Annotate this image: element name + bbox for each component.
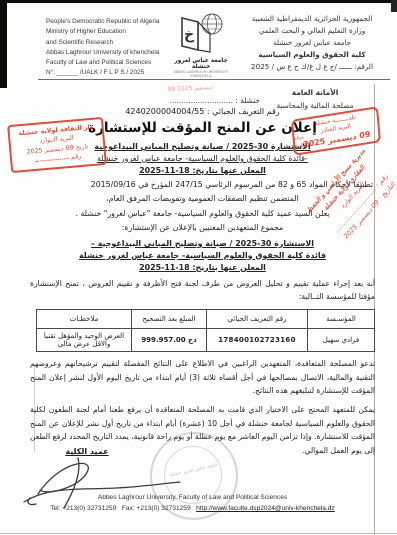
stamp-left-num-label: رقم [71, 153, 82, 161]
header-ar-line: الجمهورية الجزائرية الديمقراطية الشعبية [236, 13, 388, 25]
award-table: المؤسـسة رقم التعريف الجبائي المبلغ بعد … [36, 309, 375, 352]
scan-edge-left [0, 0, 7, 88]
logo-university-name-latin: ABBES LAGHROUR UNIVERSITY KHENCHELA [166, 70, 236, 78]
header-english: People's Democratic Republic of Algeria … [46, 17, 174, 79]
scan-edge-top [0, 0, 397, 3]
logo-university-name-arabic: جامعة عباس لغرور خنشلة [166, 58, 236, 70]
col-amount: المبلغ بعد التصحيح [132, 310, 207, 329]
incoming-mail-stamp-culture-house: دار الثقافة لولاية خنشلة البريد الــوارد… [7, 117, 107, 173]
cell-company: فرادي سهيل [308, 329, 375, 352]
cell-amount: 999.957.00 دج [132, 329, 207, 352]
header-en-line: Faculty of Law and Political Sciences [46, 58, 174, 68]
header-en-line: People's Democratic Republic of Algeria [46, 17, 174, 27]
header-divider [38, 79, 390, 80]
svg-text:خ: خ [184, 27, 195, 43]
col-notes: ملاحظـات [37, 310, 132, 329]
col-tax-id: رقم التعريف الجبائي [207, 310, 308, 329]
header-en-line: Abbas Laghrour University of khenchela [46, 48, 174, 58]
faint-received-date: 09 ديسمبر 2025 [150, 83, 230, 94]
announcement-date-subtitle: المعلن عنها بتاريخ: 18-11-2025 [30, 166, 375, 175]
stamp-right-date-label: التاريخ [294, 142, 307, 152]
award-intro-paragraph: أنه بعد إجراء عملية تقييم و تحليل العروض… [30, 277, 375, 304]
footer-university-line: Abbes Laghrour University, Faculty of La… [0, 492, 385, 503]
stamp-left-date-label: تاريخ [75, 143, 88, 151]
secretariat-title: الأمانة العامة [252, 87, 378, 100]
header-en-reference-number: N°: ______ /UALK / F L P S / 2025 [46, 68, 174, 78]
header-logo: خ جامعة عباس لغرور خنشلة ABBES LAGHROUR … [166, 12, 236, 78]
col-company: المؤسـسة [308, 310, 375, 329]
footer-contact-line: Tel: +213(0) 32731259 Fax: +213(0) 32731… [0, 503, 385, 514]
scanned-announcement-page: People's Democratic Republic of Algeria … [0, 0, 397, 535]
footer-fax: Fax: +213(0) 32731259 [122, 505, 191, 512]
table-row: فرادي سهيل 178400102723160 999.957.00 دج… [37, 329, 375, 352]
header-ar-reference-number: الرقم: ــــــ /ج ع ل غ/ك ح ع س / 2025 [236, 61, 388, 73]
place-date-line: خنشلة : ........................... [140, 96, 260, 105]
scan-edge-bottom [0, 533, 397, 534]
cell-notes: العرض الوحيد والمؤهل تقنيا والاقل عرض ما… [37, 329, 132, 352]
header-en-line: Ministry of Higher Education [46, 27, 174, 37]
header-arabic: الجمهورية الجزائرية الديمقراطية الشعبية … [236, 13, 388, 72]
footer: Abbes Laghrour University, Faculty of La… [0, 492, 385, 514]
header-ar-line: وزارة التعليم العالي و البحث العلمي [236, 25, 388, 37]
header-en-line: and Scientific Research [46, 38, 174, 48]
header-ar-faculty: كلية الحقوق والعلوم السياسية [236, 49, 388, 61]
scan-edge-right-top [391, 0, 397, 12]
cell-tax-id: 178400102723160 [207, 329, 308, 352]
footer-website-link[interactable]: http://www.faculte.dsp2024@univ-khenchel… [196, 505, 335, 512]
university-logo-icon: خ [172, 12, 230, 54]
stamp-right-side-labels: مرقم التاريخ [293, 134, 306, 152]
footer-tel: Tel: +213(0) 32731259 [50, 505, 116, 512]
results-notice-paragraph: تدعو المصلحة المتعاقدة، المتعهدين الراغب… [30, 357, 375, 398]
table-header-row: المؤسـسة رقم التعريف الجبائي المبلغ بعد … [37, 310, 375, 329]
header-ar-line: جامعة عباس لغرور خنشلة [236, 37, 388, 49]
